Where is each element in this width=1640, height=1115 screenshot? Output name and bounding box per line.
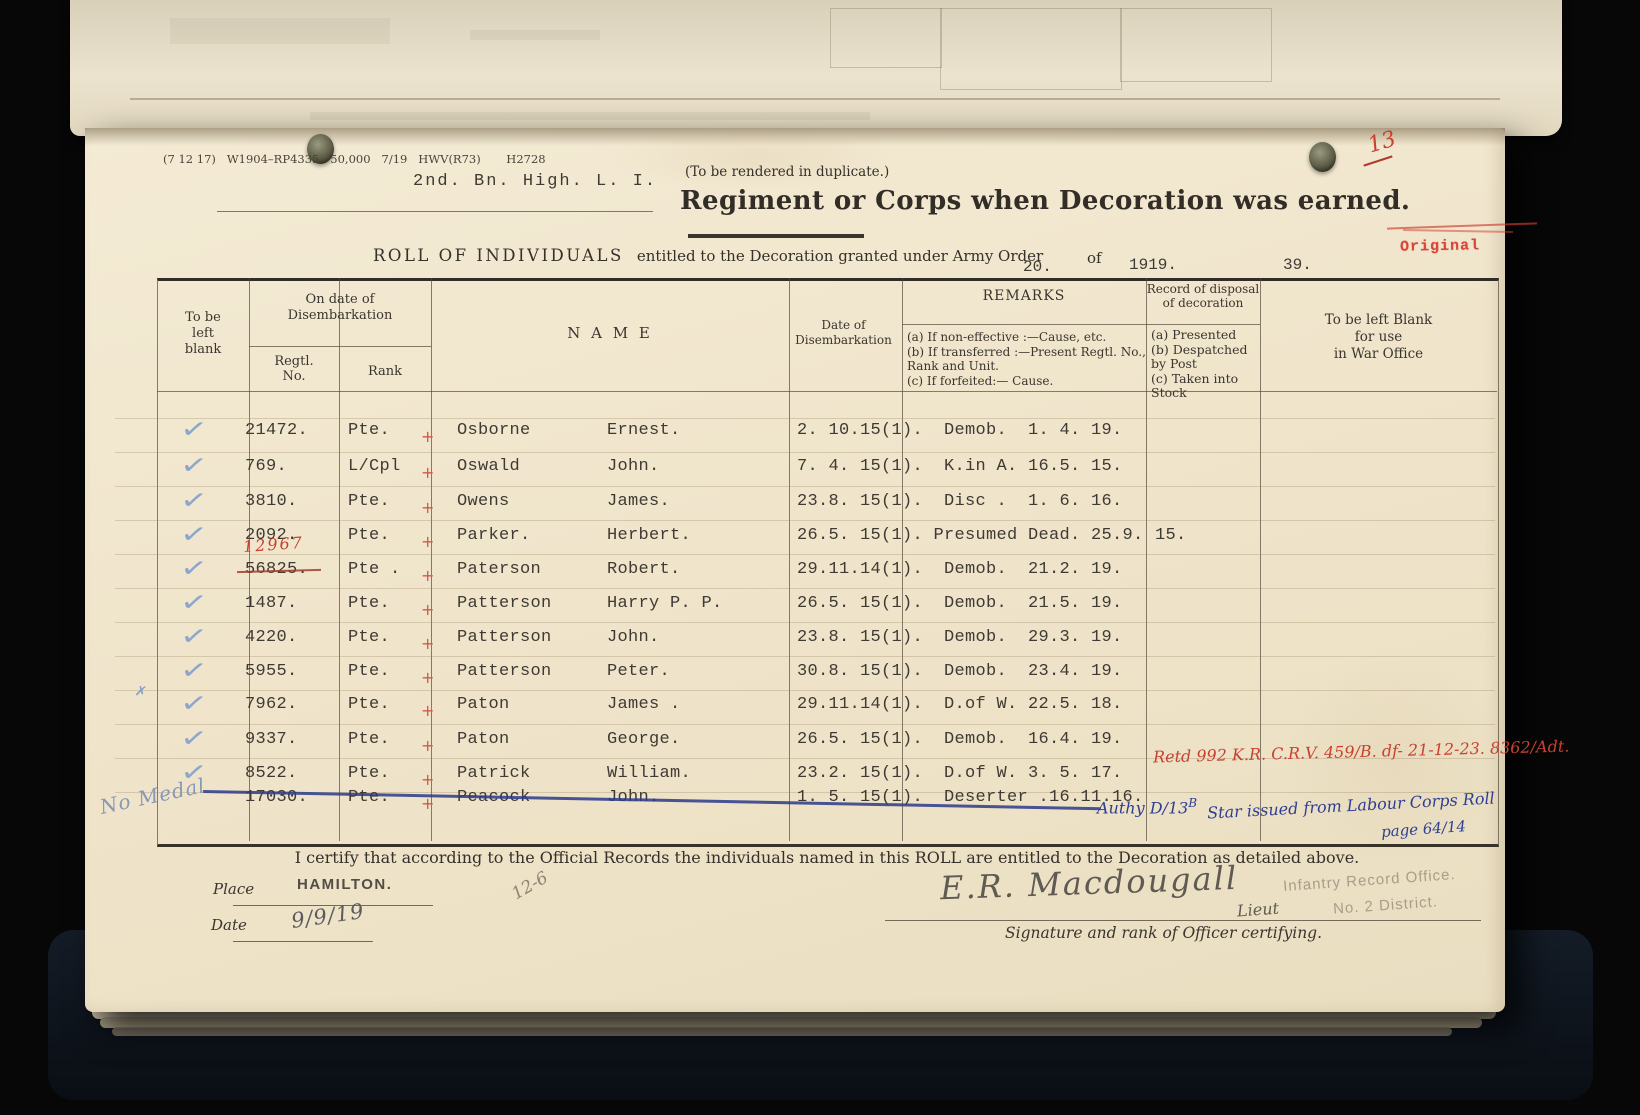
red-plus-mark: + xyxy=(421,463,434,482)
checkmark: ✓ xyxy=(179,450,209,483)
record: 26.5. 15(1). Demob. 16.4. 19. xyxy=(797,730,1123,749)
surname: Paton xyxy=(457,730,510,749)
rank: Pte. xyxy=(348,594,390,613)
ghost-text xyxy=(470,30,600,40)
signature-underline xyxy=(885,920,1481,921)
record-office-stamp-line2: No. 2 District. xyxy=(1333,893,1439,917)
forename: William. xyxy=(607,764,691,783)
authority-superscript: B xyxy=(1188,796,1197,810)
regtl-no: 9337. xyxy=(245,730,298,749)
table-row: ✓ 4220. Pte. + Patterson John. 23.8. 15(… xyxy=(85,628,1505,656)
table-row: ✓ 56825. Pte . + Paterson Robert. 29.11.… xyxy=(85,560,1505,588)
rank: Pte. xyxy=(348,421,390,440)
regtl-no: 21472. xyxy=(245,421,308,440)
checkmark: ✓ xyxy=(179,688,209,721)
checkmark: ✓ xyxy=(179,485,209,518)
forename: Ernest. xyxy=(607,421,681,440)
medal-roll-page: (7 12 17) W1904–RP4335 50,000 7/19 HWV(R… xyxy=(85,128,1505,1012)
rank: Pte. xyxy=(348,492,390,511)
surname: Parker. xyxy=(457,526,531,545)
record: 26.5. 15(1). Demob. 21.5. 19. xyxy=(797,594,1123,613)
rank: Pte. xyxy=(348,662,390,681)
red-plus-mark: + xyxy=(421,736,434,755)
ruled-line xyxy=(115,588,1495,589)
rank: Pte. xyxy=(348,628,390,647)
forename: George. xyxy=(607,730,681,749)
regtl-no: 8522. xyxy=(245,764,298,783)
red-plus-mark: + xyxy=(421,701,434,720)
forename: Herbert. xyxy=(607,526,691,545)
page-stack-edge xyxy=(112,1027,1452,1036)
ghost-text xyxy=(170,18,390,44)
col-header-rank: Rank xyxy=(339,364,431,379)
ghost-cell xyxy=(1120,8,1272,82)
red-plus-mark: + xyxy=(421,634,434,653)
page-title: Regiment or Corps when Decoration was ea… xyxy=(680,186,1410,216)
checkmark: ✓ xyxy=(179,587,209,620)
checkmark: ✓ xyxy=(179,553,209,586)
record-spill: 15. xyxy=(1155,526,1187,545)
forename: James. xyxy=(607,492,670,511)
forename: James . xyxy=(607,695,681,714)
ruled-line xyxy=(115,622,1495,623)
regtl-no: 769. xyxy=(245,457,287,476)
regtl-no: 5955. xyxy=(245,662,298,681)
ruled-line xyxy=(115,452,1495,453)
surname: Oswald xyxy=(457,457,520,476)
record: 29.11.14(1). D.of W. 22.5. 18. xyxy=(797,695,1123,714)
ruled-line xyxy=(115,486,1495,487)
authority-note: Authy D/13B xyxy=(1097,796,1197,817)
checkmark: ✓ xyxy=(179,621,209,654)
roll-title-prefix: ROLL OF INDIVIDUALS xyxy=(373,246,624,265)
surname: Osborne xyxy=(457,421,531,440)
disposal-notes: (a) Presented (b) Despatched by Post (c)… xyxy=(1151,328,1261,401)
subheader-line xyxy=(249,346,431,347)
forename: Robert. xyxy=(607,560,681,579)
date-underline xyxy=(233,941,373,942)
red-plus-mark: + xyxy=(421,498,434,517)
red-plus-mark: + xyxy=(421,770,434,789)
ruled-line xyxy=(115,656,1495,657)
ghost-rule xyxy=(130,98,1500,100)
red-plus-mark: + xyxy=(421,668,434,687)
title-rule xyxy=(688,234,864,238)
surname: Patrick xyxy=(457,764,531,783)
checkmark: ✓ xyxy=(179,655,209,688)
col-header-war-office: To be left Blank for use in War Office xyxy=(1260,312,1497,363)
regtl-no: 7962. xyxy=(245,695,298,714)
scanned-medal-roll-photo: (7 12 17) W1904–RP4335 50,000 7/19 HWV(R… xyxy=(0,0,1640,1115)
regtl-no: 4220. xyxy=(245,628,298,647)
army-order-number: 20. xyxy=(1023,258,1052,276)
ghost-cell xyxy=(830,8,942,68)
checkmark: ✓ xyxy=(179,723,209,756)
table-row: ✓ 7962. Pte. + Paton James . 29.11.14(1)… xyxy=(85,695,1505,723)
rank: Pte. xyxy=(348,764,390,783)
ruled-line xyxy=(115,554,1495,555)
army-order-year: 1919. xyxy=(1129,256,1177,274)
surname: Paterson xyxy=(457,560,541,579)
ghost-cell xyxy=(940,8,1122,90)
roll-title-body: entitled to the Decoration granted under… xyxy=(637,247,1043,265)
checkmark: ✓ xyxy=(179,414,209,447)
table-row: ✓ 5955. Pte. + Patterson Peter. 30.8. 15… xyxy=(85,662,1505,690)
rank: Pte. xyxy=(348,695,390,714)
of-word: of xyxy=(1087,249,1102,267)
certification-statement: I certify that according to the Official… xyxy=(157,848,1497,867)
forename: Peter. xyxy=(607,662,670,681)
form-reference: (7 12 17) W1904–RP4335 50,000 7/19 HWV(R… xyxy=(163,152,546,166)
ruled-line xyxy=(115,418,1495,419)
col-header-date-disembarkation: Date of Disembarkation xyxy=(785,318,902,348)
original-stamp: Original xyxy=(1400,237,1480,255)
unit-underline xyxy=(217,211,653,212)
rank: Pte. xyxy=(348,730,390,749)
forename: John. xyxy=(607,457,660,476)
rank: Pte . xyxy=(348,560,401,579)
brass-fastener xyxy=(1309,142,1336,172)
record: 2. 10.15(1). Demob. 1. 4. 19. xyxy=(797,421,1123,440)
ruled-line xyxy=(115,690,1495,691)
col-header-disposal: Record of disposal of decoration xyxy=(1144,282,1262,310)
table-row: ✓ 1487. Pte. + Patterson Harry P. P. 26.… xyxy=(85,594,1505,622)
surname: Patterson xyxy=(457,594,552,613)
previous-page-curl xyxy=(70,0,1562,136)
date-label: Date xyxy=(211,916,247,934)
col-header-regtl-no: Regtl. No. xyxy=(249,354,339,384)
pencil-note: 12-6 xyxy=(509,868,552,904)
red-plus-mark: + xyxy=(421,427,434,446)
col-header-left-blank: To be left blank xyxy=(157,310,249,358)
regtl-no: 1487. xyxy=(245,594,298,613)
record-office-stamp-line1: Infantry Record Office. xyxy=(1283,866,1457,895)
col-header-on-date: On date of Disembarkation xyxy=(249,292,431,324)
rank: L/Cpl xyxy=(348,457,401,476)
ghost-text xyxy=(310,112,870,120)
place-value-stamp: HAMILTON. xyxy=(297,876,392,893)
remarks-notes: (a) If non-effective :—Cause, etc. (b) I… xyxy=(907,330,1147,388)
signature-caption: Signature and rank of Officer certifying… xyxy=(1005,924,1322,942)
rank: Pte. xyxy=(348,788,390,807)
surname: Patterson xyxy=(457,628,552,647)
table-row: ✓ 769. L/Cpl + Oswald John. 7. 4. 15(1).… xyxy=(85,457,1505,485)
surname: Owens xyxy=(457,492,510,511)
col-header-remarks: REMARKS xyxy=(902,288,1146,304)
record: 23.8. 15(1). Disc . 1. 6. 16. xyxy=(797,492,1123,511)
surname: Paton xyxy=(457,695,510,714)
subheader-line xyxy=(1146,324,1260,325)
table-row: ✓ 21472. Pte. + Osborne Ernest. 2. 10.15… xyxy=(85,421,1505,449)
record: 7. 4. 15(1). K.in A. 16.5. 15. xyxy=(797,457,1123,476)
surname: Patterson xyxy=(457,662,552,681)
checkmark: ✓ xyxy=(179,519,209,552)
col-header-name: N A M E xyxy=(431,324,789,342)
record: 29.11.14(1). Demob. 21.2. 19. xyxy=(797,560,1123,579)
unit-typed: 2nd. Bn. High. L. I. xyxy=(413,172,657,191)
stamp-scribble xyxy=(1403,229,1513,233)
rank: Pte. xyxy=(348,526,390,545)
red-plus-mark: + xyxy=(421,532,434,551)
table-row: ✓ 3810. Pte. + Owens James. 23.8. 15(1).… xyxy=(85,492,1505,520)
place-label: Place xyxy=(213,880,254,898)
ruled-line xyxy=(115,724,1495,725)
red-plus-mark: + xyxy=(421,566,434,585)
header-bottom-line xyxy=(157,391,1497,392)
forename: John. xyxy=(607,628,660,647)
ruled-line xyxy=(115,520,1495,521)
record: 23.2. 15(1). D.of W. 3. 5. 17. xyxy=(797,764,1123,783)
forename: Harry P. P. xyxy=(607,594,723,613)
subheader-line xyxy=(902,324,1146,325)
record: 26.5. 15(1). Presumed Dead. 25.9. xyxy=(797,526,1144,545)
record: 23.8. 15(1). Demob. 29.3. 19. xyxy=(797,628,1123,647)
page-number-underline xyxy=(1363,155,1392,166)
record: 30.8. 15(1). Demob. 23.4. 19. xyxy=(797,662,1123,681)
duplicate-note: (To be rendered in duplicate.) xyxy=(685,164,889,180)
regtl-no: 3810. xyxy=(245,492,298,511)
roll-number: 39. xyxy=(1283,256,1312,274)
officer-rank-handwritten: Lieut xyxy=(1236,899,1279,921)
authority-text: Authy D/13 xyxy=(1097,798,1188,817)
red-plus-mark: + xyxy=(421,600,434,619)
